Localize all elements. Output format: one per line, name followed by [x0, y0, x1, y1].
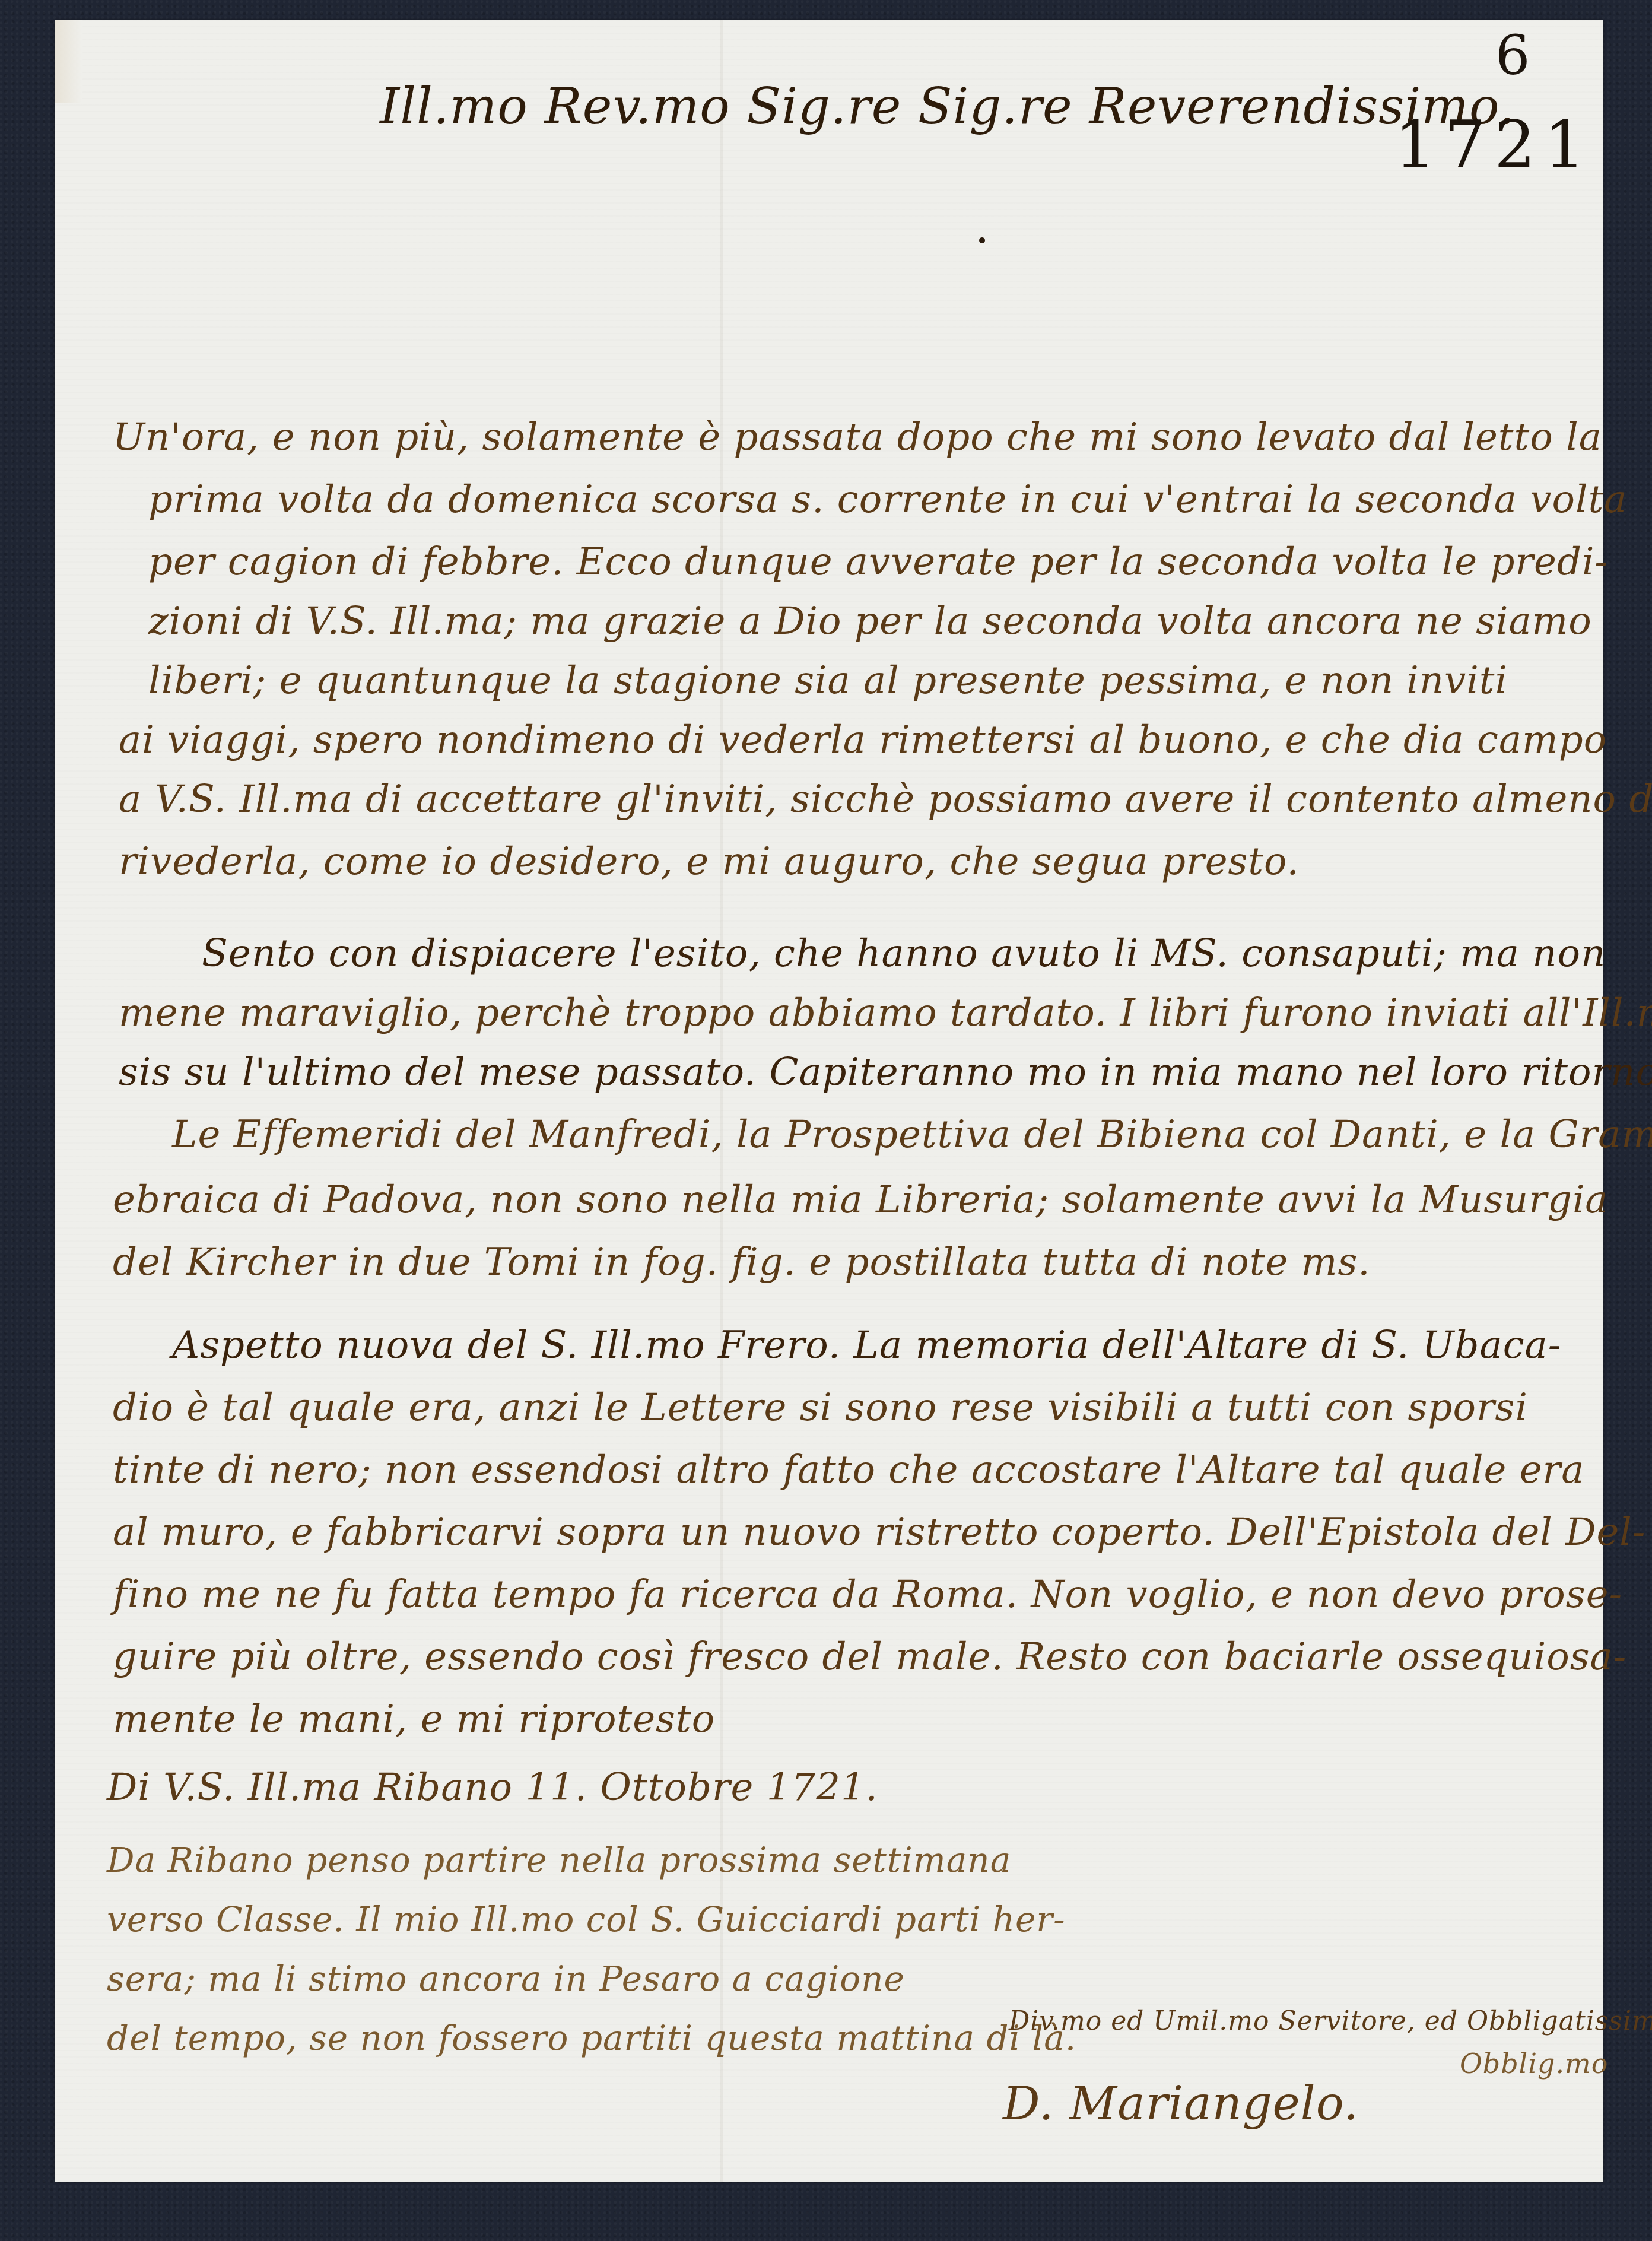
body-line: ebraica di Padova, non sono nella mia Li… [113, 1178, 1609, 1222]
postscript-line: Da Ribano penso partire nella prossima s… [107, 1840, 1011, 1880]
salutation-heading: Ill.mo Rev.mo Sig.re Sig.re Reverendissi… [380, 77, 1516, 135]
body-line: prima volta da domenica scorsa s. corren… [148, 478, 1627, 522]
body-line: guire più oltre, essendo così fresco del… [113, 1635, 1626, 1679]
body-line: fino me ne fu fatta tempo fa ricerca da … [113, 1573, 1622, 1617]
body-line: zioni di V.S. Ill.ma; ma grazie a Dio pe… [148, 599, 1592, 643]
body-line: ai viaggi, spero nondimeno di vederla ri… [119, 718, 1607, 762]
body-line: Un'ora, e non più, solamente è passata d… [113, 415, 1602, 459]
ink-dot [979, 237, 985, 243]
body-line: al muro, e fabbricarvi sopra un nuovo ri… [113, 1510, 1645, 1554]
body-line: per cagion di febbre. Ecco dunque avvera… [148, 540, 1608, 584]
body-line: Le Effemeridi del Manfredi, la Prospetti… [172, 1113, 1652, 1157]
postscript-line: verso Classe. Il mio Ill.mo col S. Guicc… [107, 1899, 1066, 1940]
body-line: dio è tal quale era, anzi le Lettere si … [113, 1386, 1528, 1430]
dateline: Di V.S. Ill.ma Ribano 11. Ottobre 1721. [107, 1766, 878, 1810]
body-line: sis su l'ultimo del mese passato. Capite… [119, 1050, 1652, 1094]
archival-year: 1721 [1394, 107, 1594, 183]
body-line: rivederla, come io desidero, e mi auguro… [119, 840, 1300, 884]
body-line: Sento con dispiacere l'esito, che hanno … [202, 932, 1606, 976]
paper-fold-corner [55, 20, 82, 103]
body-line: del Kircher in due Tomi in fog. fig. e p… [113, 1240, 1371, 1284]
body-line: Aspetto nuova del S. Ill.mo Frero. La me… [172, 1323, 1561, 1367]
body-line: liberi; e quantunque la stagione sia al … [148, 659, 1508, 703]
body-line: mene maraviglio, perchè troppo abbiamo t… [119, 991, 1652, 1035]
body-line: tinte di nero; non essendosi altro fatto… [113, 1448, 1584, 1492]
postscript-line: del tempo, se non fossero partiti questa… [107, 2018, 1076, 2058]
body-line: a V.S. Ill.ma di accettare gl'inviti, si… [119, 777, 1652, 821]
closing-line: Div.mo ed Umil.mo Servitore, ed Obbligat… [1009, 2006, 1652, 2036]
closing-flourish: Obblig.mo [1460, 2048, 1608, 2080]
folio-number: 6 [1495, 24, 1531, 87]
body-line: mente le mani, e mi riprotesto [113, 1697, 715, 1741]
postscript-line: sera; ma li stimo ancora in Pesaro a cag… [107, 1959, 905, 1999]
signature: D. Mariangelo. [1003, 2077, 1359, 2131]
